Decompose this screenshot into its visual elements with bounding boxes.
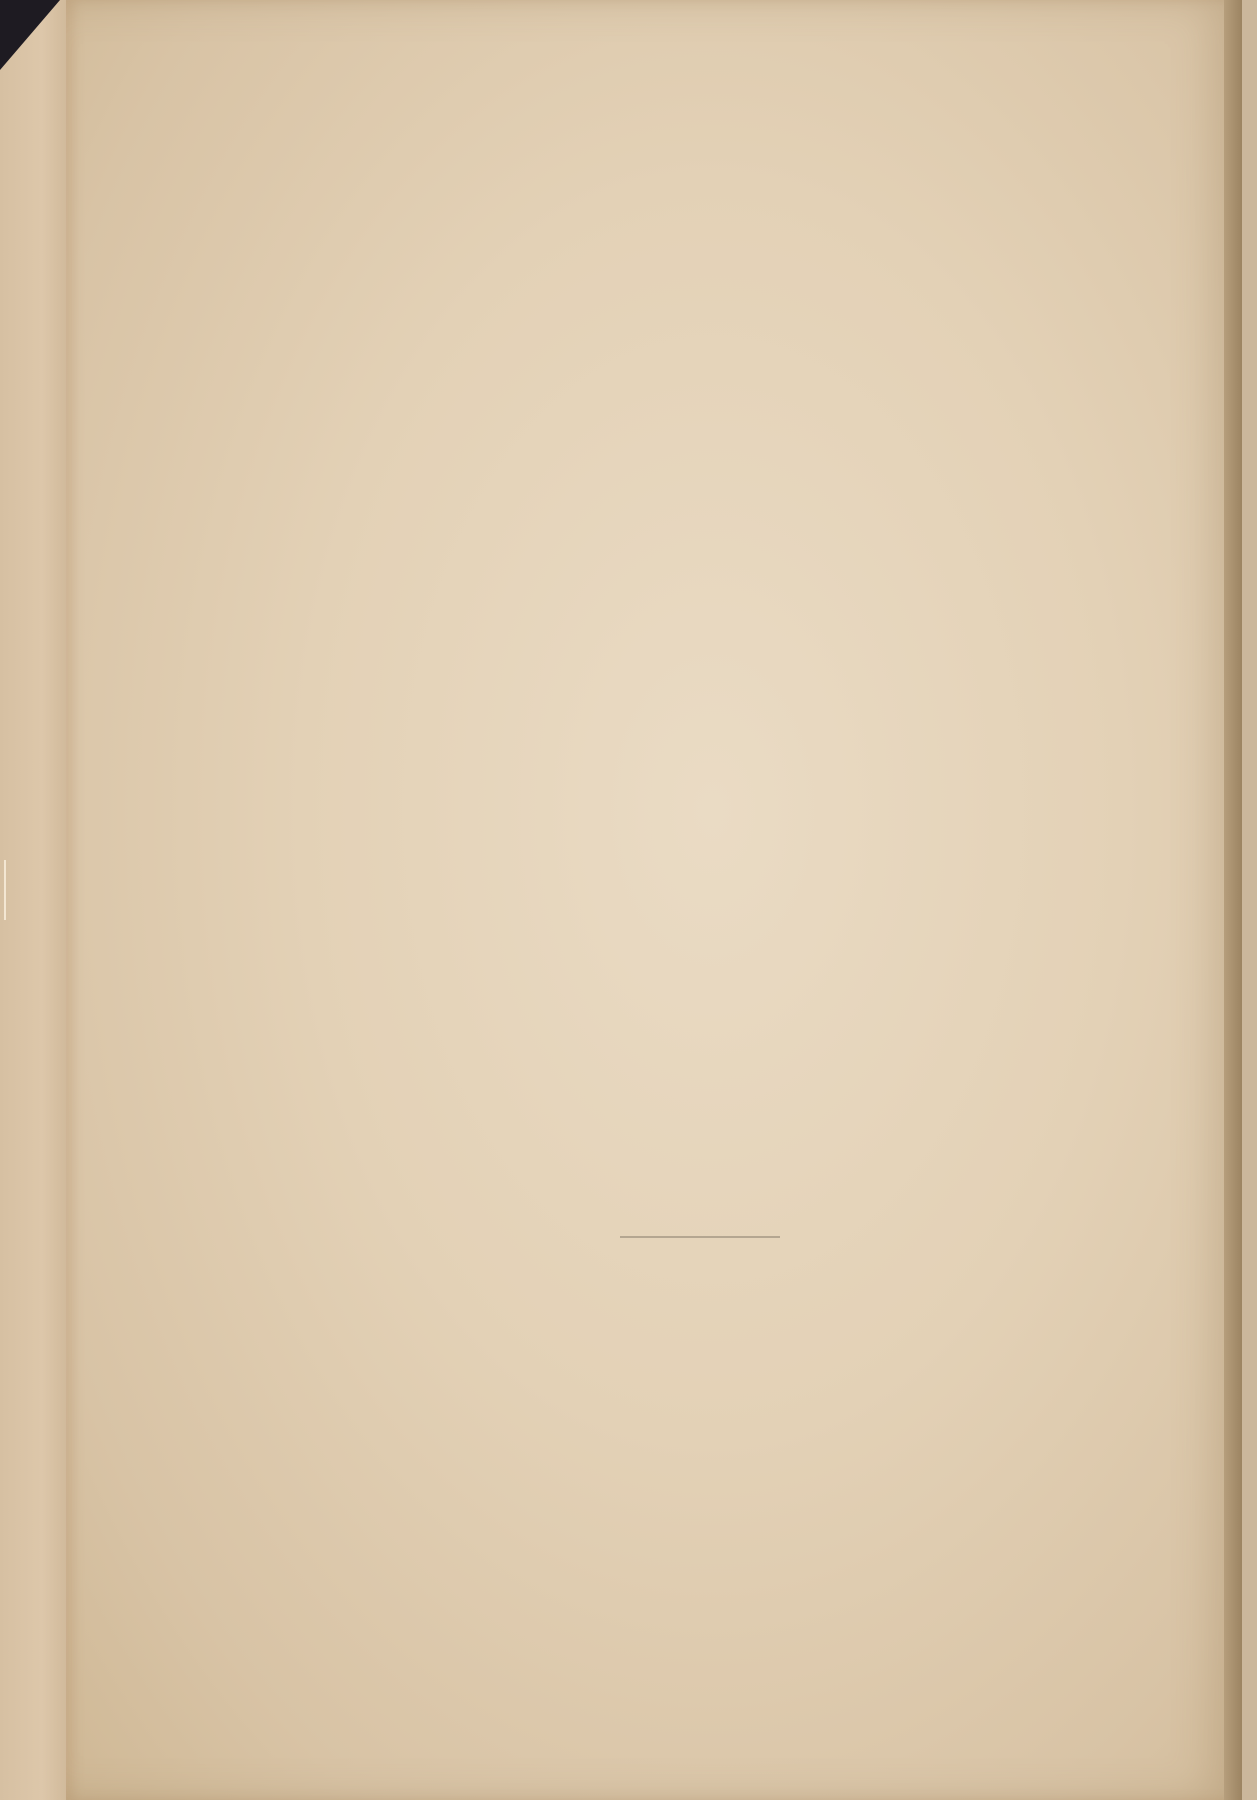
blank-book-page (66, 0, 1242, 1800)
page-edge-shadow (1224, 0, 1242, 1800)
left-page-flap (0, 0, 70, 1800)
scanned-page (0, 0, 1257, 1800)
dark-backdrop-corner (0, 0, 60, 70)
